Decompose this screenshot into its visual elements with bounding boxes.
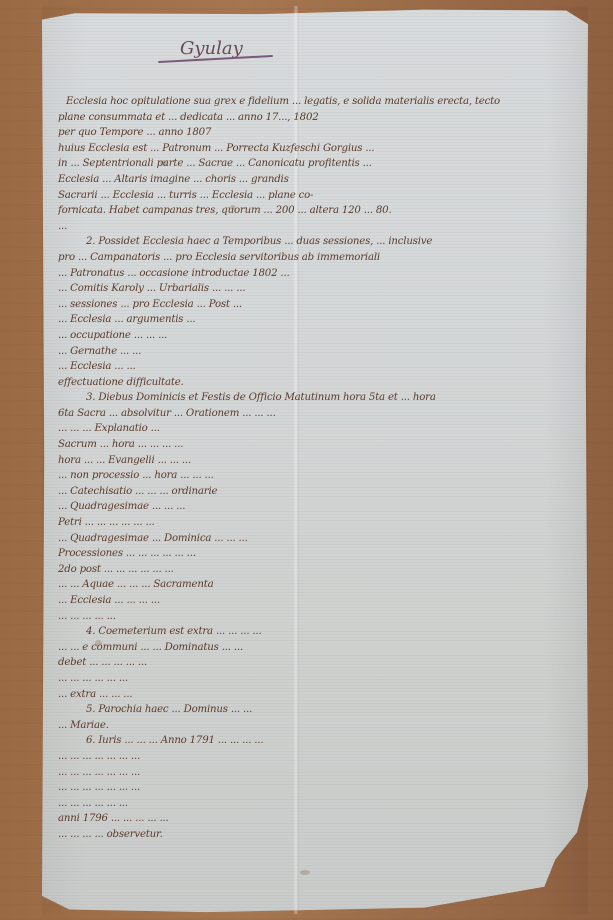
text-line: ... ... ... ... ... ... ... — [58, 780, 568, 796]
text-line: ... ... ... ... ... — [58, 609, 568, 625]
text-line: ... Quadragesimae ... ... ... — [58, 499, 568, 515]
text-line: pro ... Campanatoris ... pro Ecclesia se… — [58, 250, 568, 266]
text-line: Ecclesia ... Altaris imagine ... choris … — [58, 172, 568, 188]
text-line: ... Patronatus ... occasione introductae… — [58, 266, 568, 282]
text-line: ... Ecclesia ... argumentis ... — [58, 312, 568, 328]
text-line: per quo Tempore ... anno 1807 — [58, 125, 568, 141]
text-line: plane consummata et ... dedicata ... ann… — [58, 110, 568, 126]
text-line: ... Catechisatio ... ... ... ordinarie — [58, 484, 568, 500]
text-line: 4. Coemeterium est extra ... ... ... ... — [58, 624, 568, 640]
text-line: ... ... ... ... ... ... — [58, 796, 568, 812]
text-line: ... ... Aquae ... ... ... Sacramenta — [58, 577, 568, 593]
text-line: ... Mariae. — [58, 718, 568, 734]
text-line: ... occupatione ... ... ... — [58, 328, 568, 344]
text-line: ... Ecclesia ... ... — [58, 359, 568, 375]
text-line: ... Quadragesimae ... Dominica ... ... .… — [58, 531, 568, 547]
text-line: debet ... ... ... ... ... — [58, 655, 568, 671]
text-line: ... Ecclesia ... ... ... ... — [58, 593, 568, 609]
text-line: 2. Possidet Ecclesia haec a Temporibus .… — [58, 234, 568, 250]
text-line: Petri ... ... ... ... ... ... — [58, 515, 568, 531]
text-line: fornicata. Habet campanas tres, quorum .… — [58, 203, 568, 219]
text-line: ... extra ... ... ... — [58, 687, 568, 703]
text-line: 6. Iuris ... ... ... Anno 1791 ... ... .… — [58, 733, 568, 749]
text-line: Ecclesia hoc opitulatione sua grex e fid… — [58, 94, 568, 110]
text-line: 5. Parochia haec ... Dominus ... ... — [58, 702, 568, 718]
text-line: ... ... ... ... ... ... ... — [58, 749, 568, 765]
text-line: 2do post ... ... ... ... ... ... — [58, 562, 568, 578]
text-line: ... Comitis Karoly ... Urbarialis ... ..… — [58, 281, 568, 297]
manuscript-body: Ecclesia hoc opitulatione sua grex e fid… — [58, 94, 568, 843]
paragraph: 5. Parochia haec ... Dominus ... ...... … — [58, 702, 568, 733]
paragraph: 3. Diebus Dominicis et Festis de Officio… — [58, 390, 568, 624]
text-line: effectuatione difficultate. — [58, 375, 568, 391]
text-line: ... ... e communi ... ... Dominatus ... … — [58, 640, 568, 656]
text-line: ... ... ... ... observetur. — [58, 827, 568, 843]
paragraph: 6. Iuris ... ... ... Anno 1791 ... ... .… — [58, 733, 568, 842]
text-line: ... ... ... ... ... ... ... — [58, 765, 568, 781]
text-line: Sacrum ... hora ... ... ... ... — [58, 437, 568, 453]
paragraph: 2. Possidet Ecclesia haec a Temporibus .… — [58, 234, 568, 390]
paragraph: 4. Coemeterium est extra ... ... ... ...… — [58, 624, 568, 702]
paragraph: Ecclesia hoc opitulatione sua grex e fid… — [58, 94, 568, 234]
document-title: Gyulay — [180, 38, 243, 59]
text-line: 6ta Sacra ... absolvitur ... Orationem .… — [58, 406, 568, 422]
text-line: ... sessiones ... pro Ecclesia ... Post … — [58, 297, 568, 313]
text-line: in ... Septentrionali parte ... Sacrae .… — [58, 156, 568, 172]
text-line: ... Gernathe ... ... — [58, 344, 568, 360]
text-line: hora ... ... Evangelii ... ... ... — [58, 453, 568, 469]
text-line: 3. Diebus Dominicis et Festis de Officio… — [58, 390, 568, 406]
text-line: ... ... ... ... ... ... — [58, 671, 568, 687]
text-line: anni 1796 ... ... ... ... ... — [58, 811, 568, 827]
text-line: Processiones ... ... ... ... ... ... — [58, 546, 568, 562]
text-line: ... ... ... Explanatio ... — [58, 421, 568, 437]
text-line: huius Ecclesia est ... Patronum ... Porr… — [58, 141, 568, 157]
ink-stain — [300, 870, 310, 875]
text-line: ... — [58, 219, 568, 235]
text-line: Sacrarii ... Ecclesia ... turris ... Ecc… — [58, 188, 568, 204]
text-line: ... non processio ... hora ... ... ... — [58, 468, 568, 484]
